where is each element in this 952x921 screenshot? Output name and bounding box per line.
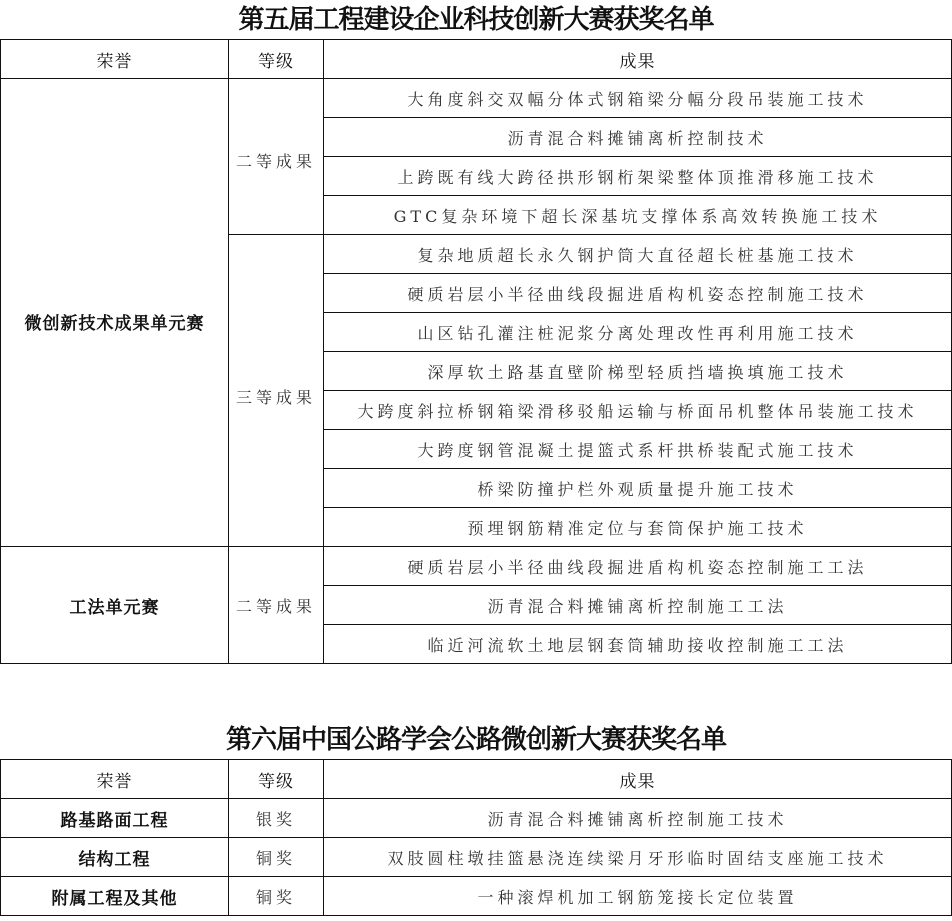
result-cell: 大跨度斜拉桥钢箱梁滑移驳船运输与桥面吊机整体吊装施工技术 <box>324 391 952 430</box>
result-cell: 深厚软土路基直壁阶梯型轻质挡墙换填施工技术 <box>324 352 952 391</box>
result-cell: 大角度斜交双幅分体式钢箱梁分幅分段吊装施工技术 <box>324 79 952 118</box>
result-cell: 上跨既有线大跨径拱形钢桁架梁整体顶推滑移施工技术 <box>324 157 952 196</box>
table-row: 工法单元赛 二等成果 硬质岩层小半径曲线段掘进盾构机姿态控制施工工法 <box>1 547 952 586</box>
table-row: 结构工程 铜奖 双肢圆柱墩挂篮悬浇连续梁月牙形临时固结支座施工技术 <box>1 838 952 877</box>
result-cell: 大跨度钢管混凝土提篮式系杆拱桥装配式施工技术 <box>324 430 952 469</box>
honor-cell: 结构工程 <box>1 838 229 877</box>
result-cell: 预埋钢筋精准定位与套筒保护施工技术 <box>324 508 952 547</box>
grade-cell: 三等成果 <box>229 235 324 547</box>
result-cell: 沥青混合料摊铺离析控制施工技术 <box>324 799 952 838</box>
result-cell: 一种滚焊机加工钢筋笼接长定位装置 <box>324 877 952 916</box>
result-cell: GTC复杂环境下超长深基坑支撑体系高效转换施工技术 <box>324 196 952 235</box>
header-grade: 等级 <box>229 40 324 79</box>
result-cell: 桥梁防撞护栏外观质量提升施工技术 <box>324 469 952 508</box>
result-cell: 硬质岩层小半径曲线段掘进盾构机姿态控制施工技术 <box>324 274 952 313</box>
honor-cell: 工法单元赛 <box>1 547 229 664</box>
table1-header-row: 荣誉 等级 成果 <box>1 40 952 79</box>
table2-awards: 荣誉 等级 成果 路基路面工程 银奖 沥青混合料摊铺离析控制施工技术 结构工程 … <box>0 759 952 916</box>
honor-cell: 附属工程及其他 <box>1 877 229 916</box>
table-row: 微创新技术成果单元赛 二等成果 大角度斜交双幅分体式钢箱梁分幅分段吊装施工技术 <box>1 79 952 118</box>
result-cell: 山区钻孔灌注桩泥浆分离处理改性再利用施工技术 <box>324 313 952 352</box>
table-row: 路基路面工程 银奖 沥青混合料摊铺离析控制施工技术 <box>1 799 952 838</box>
table1-awards: 荣誉 等级 成果 微创新技术成果单元赛 二等成果 大角度斜交双幅分体式钢箱梁分幅… <box>0 39 952 664</box>
honor-cell: 微创新技术成果单元赛 <box>1 79 229 547</box>
honor-cell: 路基路面工程 <box>1 799 229 838</box>
result-cell: 沥青混合料摊铺离析控制技术 <box>324 118 952 157</box>
grade-cell: 二等成果 <box>229 547 324 664</box>
header-honor: 荣誉 <box>1 40 229 79</box>
grade-cell: 铜奖 <box>229 838 324 877</box>
result-cell: 沥青混合料摊铺离析控制施工工法 <box>324 586 952 625</box>
result-cell: 临近河流软土地层钢套筒辅助接收控制施工工法 <box>324 625 952 664</box>
grade-cell: 二等成果 <box>229 79 324 235</box>
header-result: 成果 <box>324 40 952 79</box>
header-grade: 等级 <box>229 760 324 799</box>
table-row: 附属工程及其他 铜奖 一种滚焊机加工钢筋笼接长定位装置 <box>1 877 952 916</box>
table2-header-row: 荣誉 等级 成果 <box>1 760 952 799</box>
header-result: 成果 <box>324 760 952 799</box>
table2-title: 第六届中国公路学会公路微创新大赛获奖名单 <box>0 723 952 757</box>
table1-title: 第五届工程建设企业科技创新大赛获奖名单 <box>0 3 952 37</box>
grade-cell: 铜奖 <box>229 877 324 916</box>
result-cell: 复杂地质超长永久钢护筒大直径超长桩基施工技术 <box>324 235 952 274</box>
grade-cell: 银奖 <box>229 799 324 838</box>
header-honor: 荣誉 <box>1 760 229 799</box>
result-cell: 硬质岩层小半径曲线段掘进盾构机姿态控制施工工法 <box>324 547 952 586</box>
result-cell: 双肢圆柱墩挂篮悬浇连续梁月牙形临时固结支座施工技术 <box>324 838 952 877</box>
